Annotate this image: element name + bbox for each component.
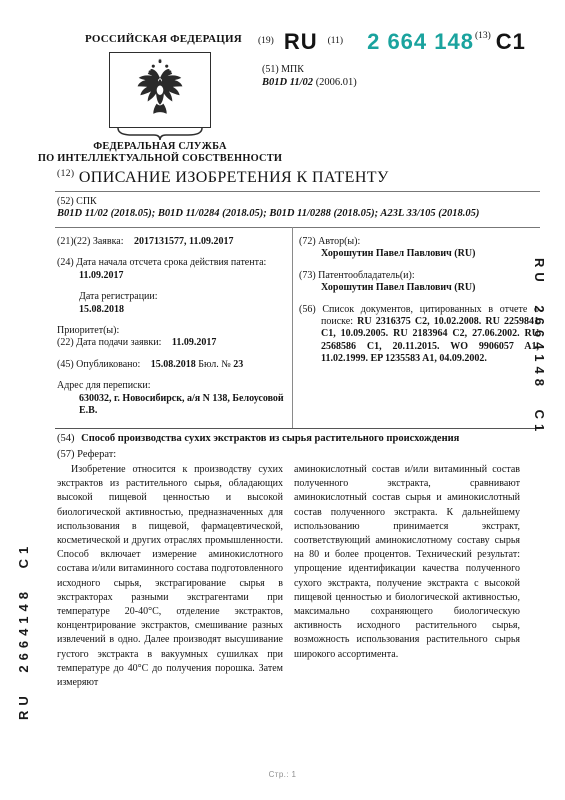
start-date-row: (24) Дата начала отсчета срока действия … [57, 257, 287, 282]
filing-line: (22) Дата подачи заявки: 11.09.2017 [57, 337, 216, 348]
authors-row: (72) Автор(ы): Хорошутин Павел Павлович … [299, 236, 539, 261]
ipc-version: (2006.01) [316, 77, 357, 88]
cpc-codes: B01D 11/02 (2018.05); B01D 11/0284 (2018… [57, 208, 539, 219]
inid-12: (12) [57, 169, 74, 179]
invention-title-row: (54) Способ производства сухих экстракто… [57, 433, 539, 444]
holders-value: Хорошутин Павел Павлович (RU) [299, 282, 539, 294]
agency-line2: ПО ИНТЕЛЛЕКТУАЛЬНОЙ СОБСТВЕННОСТИ [30, 153, 290, 165]
address-label: Адрес для переписки: [57, 380, 287, 392]
publication-number: 2 664 148 [367, 30, 474, 54]
published-row: (45) Опубликовано: 15.08.2018 Бюл. № 23 [57, 359, 287, 371]
application-value: 2017131577, 11.09.2017 [134, 236, 233, 247]
patent-page: { "accent_color": "#1AA39E", "header": {… [0, 0, 565, 800]
application-row: (21)(22) Заявка: 2017131577, 11.09.2017 [57, 236, 287, 248]
country-name: РОССИЙСКАЯ ФЕДЕРАЦИЯ [85, 33, 242, 45]
biblio-left-column: (21)(22) Заявка: 2017131577, 11.09.2017 … [57, 236, 287, 426]
abstract-label: (57) Реферат: [57, 449, 116, 460]
document-type-heading: (12) ОПИСАНИЕ ИЗОБРЕТЕНИЯ К ПАТЕНТУ [57, 169, 389, 187]
priority-label: Приоритет(ы): [57, 325, 287, 337]
right-margin-doc-number: RU 2664148 C1 [532, 258, 547, 500]
divider-line [55, 191, 540, 192]
citations-row: (56) Список документов, цитированных в о… [299, 304, 539, 366]
abstract-column-1: Изобретение относится к производству сух… [57, 463, 283, 690]
priority-row: Приоритет(ы): (22) Дата подачи заявки: 1… [57, 325, 287, 350]
holders-row: (73) Патентообладатель(и): Хорошутин Пав… [299, 270, 539, 295]
kind-code: C1 [496, 30, 526, 54]
citations-value: RU 2316375 C2, 10.02.2008. RU 2259841 C1… [321, 316, 539, 364]
brace-icon [116, 127, 204, 141]
published-label: (45) Опубликовано: [57, 359, 140, 370]
registration-date-row: Дата регистрации: 15.08.2018 [57, 291, 287, 316]
left-margin-doc-number: RU 2664148 C1 [16, 478, 31, 720]
inid-19: (19) [258, 36, 274, 46]
bulletin-value: 23 [233, 359, 243, 370]
start-date-value: 11.09.2017 [57, 270, 287, 282]
ipc-code: B01D 11/02 [262, 77, 313, 88]
ipc-section-label: (51) МПК [262, 64, 304, 75]
address-row: Адрес для переписки: 630032, г. Новосиби… [57, 380, 287, 417]
ipc-code-line: B01D 11/02 (2006.01) [262, 77, 357, 88]
page-number: Стр.: 1 [0, 770, 565, 779]
filing-value: 11.09.2017 [172, 337, 216, 348]
holders-label: (73) Патентообладатель(и): [299, 270, 539, 282]
cpc-section-label: (52) СПК [57, 196, 97, 207]
column-divider [292, 227, 293, 428]
filing-label: (22) Дата подачи заявки: [57, 337, 161, 348]
agency-name: ФЕДЕРАЛЬНАЯ СЛУЖБА ПО ИНТЕЛЛЕКТУАЛЬНОЙ С… [30, 141, 290, 166]
bulletin-label: Бюл. № [198, 359, 231, 370]
published-value: 15.08.2018 [151, 359, 196, 370]
abstract-column-2: аминокислотный состав и/или витаминный с… [294, 463, 520, 662]
authors-label: (72) Автор(ы): [299, 236, 539, 248]
inid-13: (13) [475, 31, 491, 41]
start-date-label: (24) Дата начала отсчета срока действия … [57, 257, 266, 268]
coat-of-arms-frame [109, 52, 211, 128]
application-label: (21)(22) Заявка: [57, 236, 124, 247]
reg-date-value: 15.08.2018 [57, 304, 287, 316]
biblio-right-column: (72) Автор(ы): Хорошутин Павел Павлович … [299, 236, 539, 375]
address-value: 630032, г. Новосибирск, а/я N 138, Белоу… [57, 393, 287, 418]
reg-date-label: Дата регистрации: [57, 291, 287, 303]
divider-line [55, 227, 540, 228]
authors-value: Хорошутин Павел Павлович (RU) [299, 248, 539, 260]
country-code: RU [284, 30, 318, 54]
document-type-title: ОПИСАНИЕ ИЗОБРЕТЕНИЯ К ПАТЕНТУ [79, 169, 389, 186]
divider-line [55, 428, 540, 429]
agency-line1: ФЕДЕРАЛЬНАЯ СЛУЖБА [30, 141, 290, 153]
russian-coat-of-arms-icon [132, 57, 188, 124]
inid-54: (54) [57, 433, 75, 444]
inid-11: (11) [328, 36, 343, 46]
invention-title: Способ производства сухих экстрактов из … [81, 433, 459, 444]
publication-codes: (19) RU (11) 2 664 148 (13) C1 [258, 30, 526, 54]
